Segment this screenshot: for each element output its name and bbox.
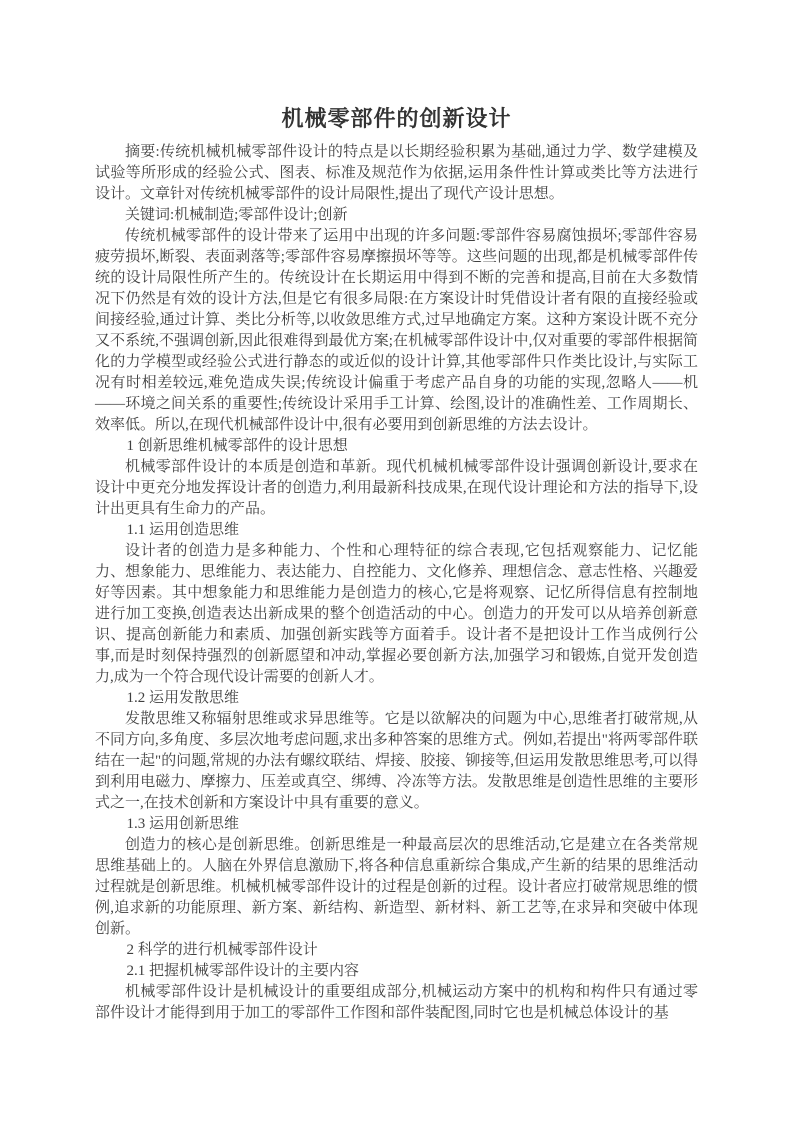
intro-paragraph: 传统机械零部件的设计带来了运用中出现的许多问题:零部件容易腐蚀损坏;零部件容易疲… xyxy=(95,226,698,436)
section-heading-2-1: 2.1 把握机械零部件设计的主要内容 xyxy=(95,961,698,982)
document-title: 机械零部件的创新设计 xyxy=(95,102,698,136)
section-heading-1-1: 1.1 运用创造思维 xyxy=(95,520,698,541)
keywords-line: 关键词:机械制造;零部件设计;创新 xyxy=(95,205,698,226)
section-1-paragraph: 机械零部件设计的本质是创造和革新。现代机械机械零部件设计强调创新设计,要求在设计… xyxy=(95,457,698,520)
section-2-1-paragraph: 机械零部件设计是机械设计的重要组成部分,机械运动方案中的机构和构件只有通过零部件… xyxy=(95,982,698,1024)
abstract-paragraph: 摘要:传统机械机械零部件设计的特点是以长期经验积累为基础,通过力学、数学建模及试… xyxy=(95,142,698,205)
section-heading-2: 2 科学的进行机械零部件设计 xyxy=(95,940,698,961)
section-heading-1: 1 创新思维机械零部件的设计思想 xyxy=(95,436,698,457)
section-1-3-paragraph: 创造力的核心是创新思维。创新思维是一种最高层次的思维活动,它是建立在各类常规思维… xyxy=(95,835,698,940)
section-1-1-paragraph: 设计者的创造力是多种能力、个性和心理特征的综合表现,它包括观察能力、记忆能力、想… xyxy=(95,541,698,688)
section-heading-1-3: 1.3 运用创新思维 xyxy=(95,814,698,835)
section-heading-1-2: 1.2 运用发散思维 xyxy=(95,688,698,709)
section-1-2-paragraph: 发散思维又称辐射思维或求异思维等。它是以欲解决的问题为中心,思维者打破常规,从不… xyxy=(95,709,698,814)
document-page: 机械零部件的创新设计 摘要:传统机械机械零部件设计的特点是以长期经验积累为基础,… xyxy=(0,0,794,1123)
